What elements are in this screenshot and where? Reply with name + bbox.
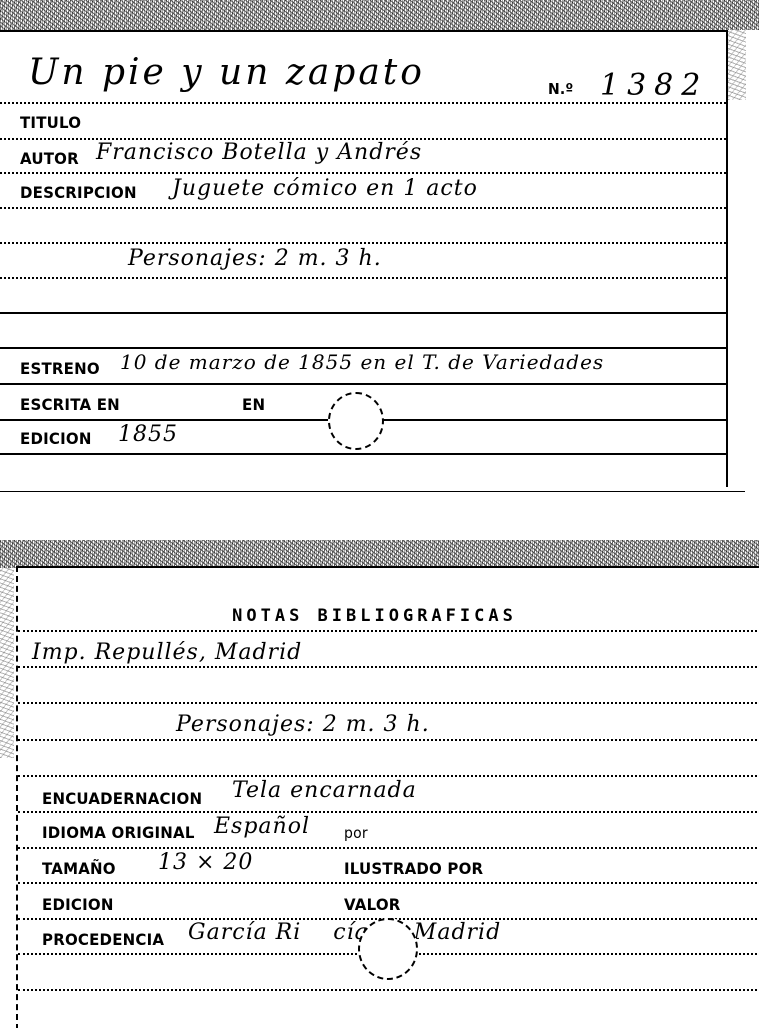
estreno-label: ESTRENO (20, 359, 100, 378)
edicion-label: EDICION (20, 429, 92, 448)
idioma-label: IDIOMA ORIGINAL (42, 823, 195, 842)
ruled-line (18, 989, 759, 991)
catalog-card-front: Un pie y un zapato N.º 1382 TITULO AUTOR… (0, 30, 728, 487)
edicion-label-back: EDICION (42, 895, 114, 914)
ruled-line (0, 277, 726, 279)
procedencia-value: García Ri cía de Madrid (188, 920, 501, 945)
notes-heading: NOTAS BIBLIOGRAFICAS (0, 606, 759, 626)
scan-noise-edge (728, 30, 746, 100)
ruled-line (18, 775, 759, 777)
catalog-card-back: NOTAS BIBLIOGRAFICAS Imp. Repullés, Madr… (16, 566, 759, 1028)
idioma-value: Español (214, 814, 310, 839)
note-personajes: Personajes: 2 m. 3 h. (176, 712, 430, 737)
ruled-line (18, 666, 759, 668)
card-edge (0, 491, 745, 492)
ruled-line (18, 630, 759, 632)
ruled-line (0, 172, 726, 174)
en-label: EN (242, 395, 265, 414)
punch-hole (328, 392, 384, 450)
note-imprenta: Imp. Repullés, Madrid (32, 640, 302, 665)
estreno-value: 10 de marzo de 1855 en el T. de Variedad… (120, 350, 604, 374)
title-handwritten: Un pie y un zapato (28, 52, 425, 93)
ruled-line (0, 453, 726, 455)
ruled-line (18, 739, 759, 741)
punch-hole (358, 918, 418, 980)
procedencia-label: PROCEDENCIA (42, 930, 164, 949)
number-label: N.º (548, 81, 574, 98)
ruled-line (0, 383, 726, 385)
tamano-value: 13 × 20 (158, 850, 253, 875)
ruled-line (0, 242, 726, 244)
personajes-value: Personajes: 2 m. 3 h. (128, 246, 382, 271)
ruled-line (0, 347, 726, 349)
encuadernacion-value: Tela encarnada (232, 778, 417, 803)
ruled-line (18, 882, 759, 884)
autor-label: AUTOR (20, 149, 79, 168)
ruled-line (18, 702, 759, 704)
ruled-line (18, 847, 759, 849)
autor-value: Francisco Botella y Andrés (96, 140, 422, 165)
descripcion-label: DESCRIPCION (20, 183, 137, 202)
titulo-label: TITULO (20, 113, 81, 132)
escrita-en-label: ESCRITA EN (20, 395, 120, 414)
scan-noise-edge (0, 568, 14, 758)
tamano-label: TAMAÑO (42, 859, 116, 878)
ruled-line (18, 811, 759, 813)
por-label: por (344, 825, 368, 842)
descripcion-value: Juguete cómico en 1 acto (172, 176, 478, 201)
ilustrado-label: ILUSTRADO POR (344, 859, 483, 878)
encuadernacion-label: ENCUADERNACION (42, 789, 202, 808)
scan-noise-band (0, 0, 759, 30)
scan-noise-band (0, 540, 759, 568)
valor-label: VALOR (344, 895, 401, 914)
ruled-line (0, 312, 726, 314)
edicion-value: 1855 (118, 422, 178, 447)
ruled-line (0, 207, 726, 209)
catalog-number: 1382 (600, 68, 708, 103)
